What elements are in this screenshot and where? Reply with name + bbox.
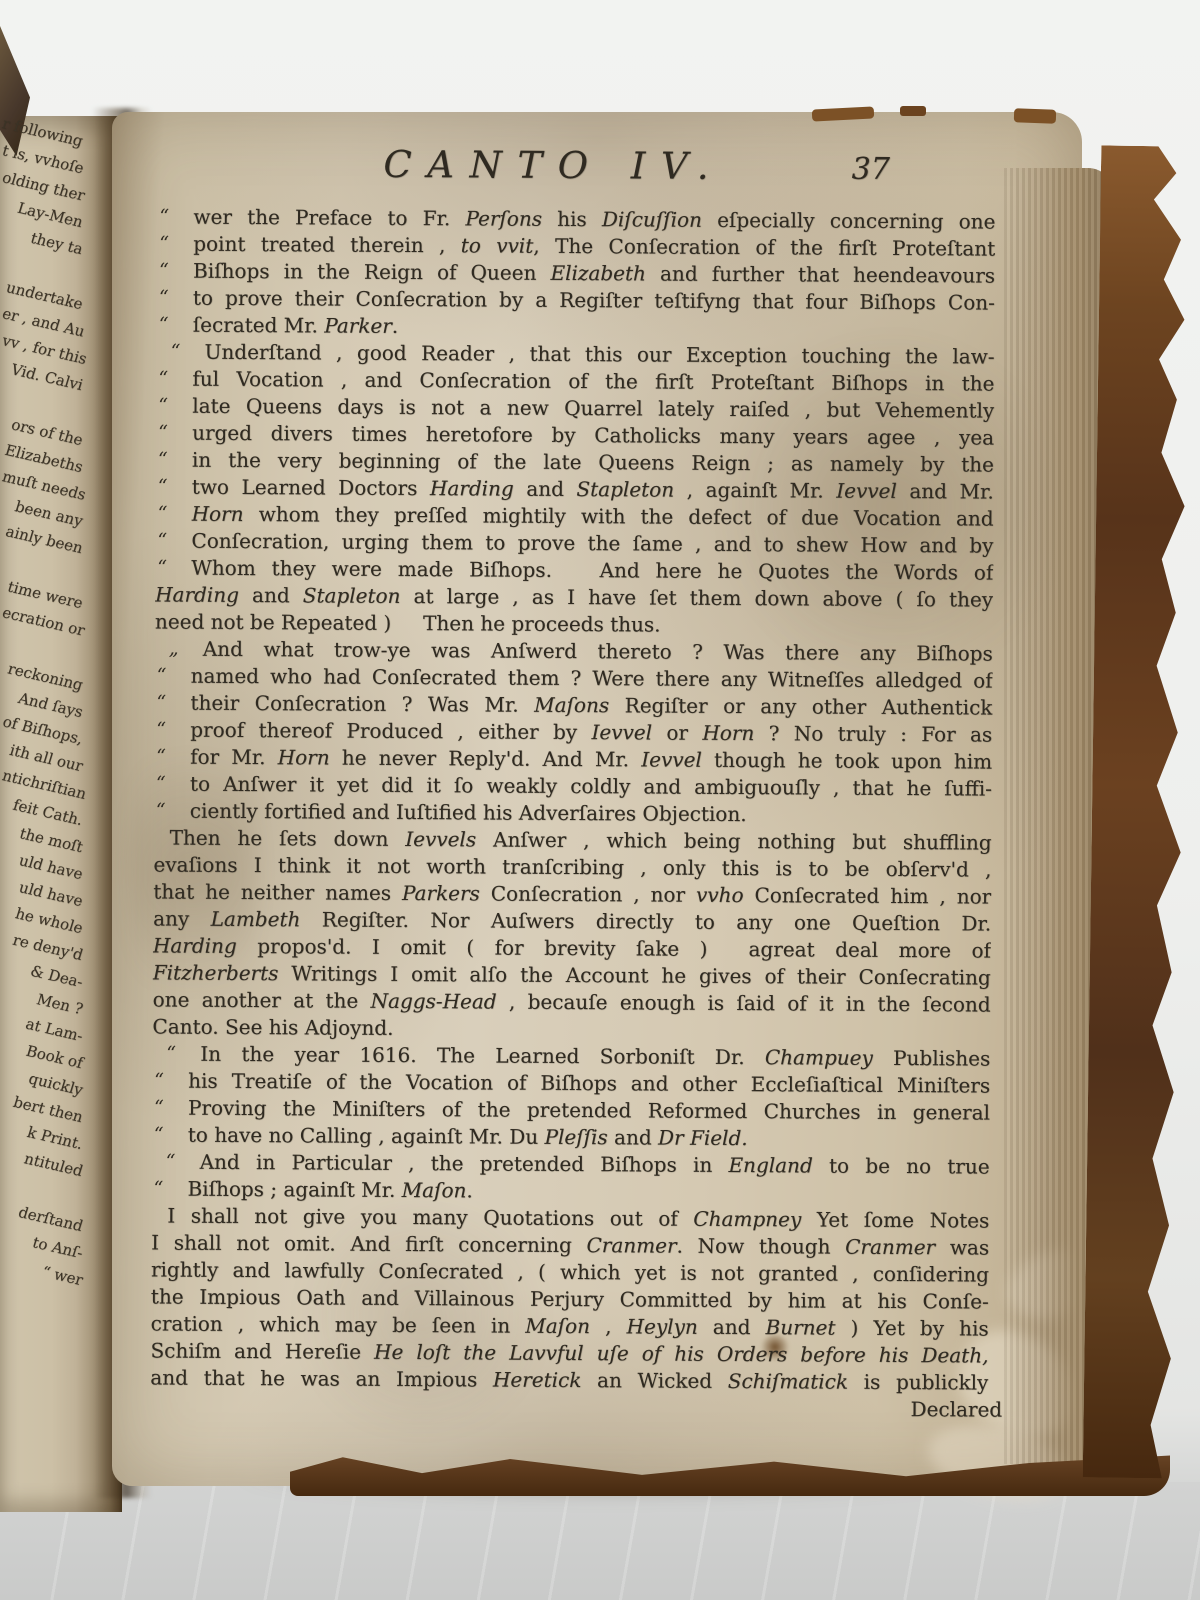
roman-text: , becauſe enough is ſaid of it in the ſe… — [497, 990, 991, 1017]
roman-text: for Mr. — [190, 745, 278, 770]
line-text: to prove their Conſecration by a Regiſte… — [193, 285, 995, 316]
roman-text: Regiſter. Nor Auſwers directly to any on… — [300, 907, 991, 935]
line-text: Canto. See his Adjoynd. — [152, 1013, 990, 1044]
roman-text: , The Conſecration of the firſt Proteſta… — [533, 234, 995, 261]
line-text: And what trow-ye was Anſwerd thereto ? W… — [191, 636, 993, 667]
roman-text: . — [392, 314, 399, 338]
line-text: in the very beginning of the late Queens… — [192, 447, 994, 478]
quotation-mark: “ — [166, 1041, 196, 1067]
line-text: one another at the Naggs-Head , becauſe … — [153, 986, 991, 1017]
book-page: CANTO IV. 37 “wer the Preface to Fr. Per… — [112, 112, 1082, 1486]
quotation-mark: “ — [157, 662, 187, 688]
line-text: wer the Preface to Fr. Perſons his Diſcu… — [193, 204, 995, 235]
line-text: his Treatiſe of the Vocation of Biſhops … — [188, 1068, 990, 1099]
quotation-mark: “ — [158, 419, 188, 445]
roman-text: , againſt Mr. — [674, 478, 836, 503]
text-lines: “wer the Preface to Fr. Perſons his Diſc… — [150, 203, 995, 1423]
roman-text: his — [542, 207, 602, 231]
italic-text: Cranmer — [586, 1233, 676, 1258]
italic-text: Ievvels — [405, 827, 476, 851]
roman-text: ful Vocation , and Conſecration of the f… — [192, 367, 994, 396]
quotation-mark: “ — [156, 743, 186, 769]
roman-text: And what trow-ye was Anſwerd thereto ? W… — [203, 637, 993, 666]
roman-text: . — [466, 1178, 473, 1202]
line-text: cration , which may be ſeen in Maſon , H… — [151, 1310, 989, 1341]
line-text: Harding propos'd. I omit ( for brevity ſ… — [153, 932, 991, 963]
line-text: named who had Conſecrated them ? Were th… — [191, 663, 993, 694]
italic-text: Lambeth — [211, 907, 301, 932]
quotation-mark: “ — [154, 1067, 184, 1093]
roman-text: proof thereof Produced , either by — [190, 718, 591, 744]
italic-text: Naggs-Head — [370, 989, 496, 1014]
catchword-line: Declared — [150, 1391, 988, 1423]
roman-text: urged divers times heretofore by Catholi… — [192, 421, 994, 450]
italic-text: Maſon — [525, 1314, 590, 1338]
roman-text: and — [239, 583, 303, 607]
roman-text: late Queens days is not a new Quarrel la… — [192, 394, 994, 423]
roman-text: Then he ſets down — [170, 826, 406, 851]
line-text: ſecrated Mr. Parker. — [193, 312, 995, 343]
quotation-mark: “ — [158, 392, 188, 418]
italic-text: Schiſmatick — [728, 1369, 848, 1394]
roman-text: that he neither names — [153, 879, 402, 905]
roman-text: Writings I omit alſo the Account he give… — [278, 961, 991, 989]
line-text: Declared — [150, 1391, 1002, 1422]
italic-text: Cranmer — [845, 1235, 935, 1260]
quotation-mark: “ — [156, 716, 186, 742]
line-text: two Learned Doctors Harding and Stapleto… — [192, 474, 994, 505]
roman-text: whom they preſſed mightily with the defe… — [243, 502, 993, 531]
roman-text: and Mr. — [897, 479, 994, 504]
line-text: for Mr. Horn he never Reply'd. And Mr. I… — [190, 744, 992, 775]
roman-text: Biſhops in the Reign of Queen — [193, 259, 551, 285]
italic-text: Harding — [153, 933, 237, 958]
roman-text: and — [698, 1315, 766, 1339]
roman-text: need not be Repeated ) Then he proceeds … — [155, 609, 661, 636]
roman-text: eſpecially concerning one — [702, 208, 996, 234]
quotation-mark: “ — [158, 473, 188, 499]
edge-damage — [1014, 108, 1056, 123]
quotation-mark: “ — [156, 689, 186, 715]
italic-text: Dr Field. — [658, 1126, 748, 1151]
italic-text: Horn — [702, 721, 754, 745]
quotation-mark: “ — [159, 284, 189, 310]
roman-text: Regiſter or any other Authentick — [609, 693, 992, 719]
roman-text: is publickly — [848, 1370, 988, 1395]
roman-text: wer the Preface to Fr. — [193, 205, 465, 231]
page-number: 37 — [852, 152, 890, 187]
quotation-mark: “ — [158, 446, 188, 472]
italic-text: Elizabeth — [550, 261, 646, 286]
italic-text: Maſon — [402, 1178, 467, 1202]
roman-text: Conſecrated him , nor — [743, 883, 991, 909]
roman-text: Whom they were made Biſhops. And here he… — [191, 556, 993, 585]
line-text: proof thereof Produced , either by Ievve… — [190, 717, 992, 748]
italic-text: Ievvel — [641, 747, 702, 771]
page-text-block: CANTO IV. 37 “wer the Preface to Fr. Per… — [150, 133, 996, 1423]
italic-text: Parker — [324, 313, 392, 337]
roman-text: cration , which may be ſeen in — [151, 1311, 526, 1337]
roman-text: I shall not omit. And firſt concerning — [151, 1230, 587, 1257]
line-text: Biſhops in the Reign of Queen Elizabeth … — [193, 258, 995, 289]
italic-text: Harding — [430, 476, 514, 501]
quotation-mark: “ — [159, 203, 189, 229]
italic-text: Fitzherberts — [153, 960, 279, 985]
quotation-mark: “ — [158, 500, 188, 526]
quotation-mark: “ — [159, 311, 189, 337]
italic-text: Heretick — [493, 1368, 582, 1393]
book-photograph: r followingt is, vvhoſeolding therLay-Me… — [0, 0, 1200, 1600]
quotation-mark: “ — [171, 339, 201, 365]
roman-text: his Treatiſe of the Vocation of Biſhops … — [188, 1069, 990, 1098]
roman-text: Yet ſome Notes — [801, 1207, 989, 1232]
line-text: And in Particular , the pretended Biſhop… — [188, 1149, 990, 1180]
roman-text: Canto. See his Adjoynd. — [152, 1014, 393, 1039]
roman-text: to prove their Conſecration by a Regiſte… — [193, 286, 995, 315]
line-text: their Conſecration ? Was Mr. Maſons Regi… — [190, 690, 992, 721]
roman-text: an Wicked — [581, 1368, 728, 1393]
quotation-mark: “ — [156, 797, 186, 823]
roman-text: And in Particular , the pretended Biſhop… — [200, 1150, 729, 1177]
line-text: Schiſm and Hereſie He loſt the Lavvful u… — [150, 1337, 988, 1368]
roman-text: their Conſecration ? Was Mr. — [190, 691, 534, 717]
quotation-mark: “ — [157, 554, 187, 580]
page-title: CANTO IV. — [383, 143, 724, 188]
roman-text: and — [608, 1125, 658, 1149]
line-text: late Queens days is not a new Quarrel la… — [192, 393, 994, 424]
left-page-text-column: r followingt is, vvhoſeolding therLay-Me… — [0, 132, 98, 1298]
quotation-mark: “ — [153, 1175, 183, 1201]
italic-text: Diſcuſſion — [602, 207, 702, 232]
quotation-mark: “ — [154, 1121, 184, 1147]
roman-text: and — [514, 477, 577, 501]
roman-text: though he took upon him — [702, 748, 992, 774]
line-text: point treated therein , to vvit, The Con… — [193, 231, 995, 262]
roman-text: . Now though — [676, 1234, 845, 1259]
roman-text: ciently fortified and Iuſtified his Adve… — [190, 799, 747, 826]
line-text: Proving the Miniſters of the pretended R… — [188, 1095, 990, 1126]
roman-text: in the very beginning of the late Queens… — [192, 448, 994, 477]
italic-text: to vvit — [461, 233, 534, 257]
line-text: I shall not omit. And firſt concerning C… — [151, 1229, 989, 1260]
quotation-mark: „ — [169, 636, 199, 662]
roman-text: ſecrated Mr. — [193, 313, 325, 338]
italic-text: England — [728, 1153, 812, 1178]
line-text: In the year 1616. The Learned Sorboniſt … — [188, 1041, 990, 1072]
roman-text: named who had Conſecrated them ? Were th… — [191, 664, 993, 693]
roman-text: any — [153, 906, 211, 930]
italic-text: vvho — [696, 883, 744, 907]
line-text: and that he was an Impious Heretick an W… — [150, 1364, 988, 1395]
roman-text: and further that heendeavours — [646, 261, 995, 287]
edge-damage — [812, 106, 875, 121]
line-text: Underſtand , good Reader , that this our… — [193, 339, 995, 370]
italic-text: Ievvel — [836, 479, 897, 503]
roman-text: Declared — [910, 1397, 1002, 1422]
italic-text: Maſons — [534, 693, 609, 717]
roman-text: to be no true — [813, 1153, 990, 1178]
line-text: ciently fortified and Iuſtified his Adve… — [190, 798, 992, 829]
leather-cover-edge — [1083, 145, 1194, 1478]
roman-text: one another at the — [153, 987, 371, 1012]
italic-text: Horn — [192, 502, 244, 526]
roman-text: was — [935, 1235, 989, 1259]
roman-text: rightly and lawfully Conſecrated , ( whi… — [151, 1257, 989, 1286]
line-text: Biſhops ; againſt Mr. Maſon. — [187, 1176, 989, 1207]
line-text: I shall not give you many Quotations out… — [151, 1202, 989, 1233]
italic-text: Champuey — [765, 1045, 873, 1070]
roman-text: he never Reply'd. And Mr. — [330, 746, 642, 772]
italic-text: Champney — [693, 1207, 801, 1232]
roman-text: Anſwer , which being nothing but shuffli… — [476, 827, 992, 854]
italic-text: He loſt the Lavvful uſe of his Orders be… — [374, 1340, 989, 1368]
roman-text: Schiſm and Hereſie — [150, 1338, 374, 1363]
italic-text: Stapleton — [576, 477, 674, 502]
roman-text: Conſecration , nor — [480, 881, 696, 906]
line-text: rightly and lawfully Conſecrated , ( whi… — [151, 1256, 989, 1287]
line-text: Horn whom they preſſed mightily with the… — [192, 501, 994, 532]
roman-text: In the year 1616. The Learned Sorboniſt … — [200, 1042, 765, 1069]
line-text: the Impious Oath and Villainous Perjury … — [151, 1283, 989, 1314]
roman-text: , — [590, 1314, 627, 1338]
line-text: ful Vocation , and Conſecration of the f… — [192, 366, 994, 397]
roman-text: Publishes — [873, 1046, 991, 1071]
line-text: Fitzherberts Writings I omit alſo the Ac… — [153, 959, 991, 990]
line-text: Conſecration, urging them to prove the ſ… — [191, 528, 993, 559]
roman-text: at large , as I have ſet them down above… — [400, 584, 993, 612]
line-text: Harding and Stapleton at large , as I ha… — [155, 581, 993, 612]
line-text: that he neither names Parkers Conſecrati… — [153, 878, 991, 909]
roman-text: I shall not give you many Quotations out… — [167, 1204, 693, 1231]
roman-text: propos'd. I omit ( for brevity ſake ) ag… — [237, 934, 991, 963]
roman-text: two Learned Doctors — [192, 475, 430, 500]
italic-text: Harding — [155, 582, 239, 607]
italic-text: Ievvel — [591, 720, 652, 744]
italic-text: Parkers — [402, 881, 480, 905]
quotation-mark: “ — [166, 1149, 196, 1175]
italic-text: Pleſſis — [544, 1125, 607, 1149]
line-text: need not be Repeated ) Then he proceeds … — [155, 608, 993, 639]
roman-text: Proving the Miniſters of the pretended R… — [188, 1096, 990, 1125]
italic-text: Horn — [278, 745, 330, 769]
roman-text: point treated therein , — [193, 232, 461, 258]
roman-text: the Impious Oath and Villainous Perjury … — [151, 1284, 989, 1313]
italic-text: Stapleton — [303, 583, 401, 608]
roman-text: to Anſwer it yet did it ſo weakly coldly… — [190, 772, 992, 801]
quotation-mark: “ — [159, 257, 189, 283]
italic-text: Heylyn — [627, 1314, 698, 1338]
roman-text: to have no Calling , againſt Mr. Du — [188, 1123, 545, 1149]
roman-text: ) Yet by his — [835, 1316, 988, 1341]
quotation-mark: “ — [157, 527, 187, 553]
quotation-mark: “ — [154, 1094, 184, 1120]
italic-text: Perſons — [465, 206, 542, 230]
roman-text: Biſhops ; againſt Mr. — [187, 1177, 401, 1202]
line-text: to Anſwer it yet did it ſo weakly coldly… — [190, 771, 992, 802]
roman-text: evaſions I think it not worth tranſcribi… — [153, 852, 991, 881]
quotation-mark: “ — [159, 230, 189, 256]
line-text: urged divers times heretofore by Catholi… — [192, 420, 994, 451]
line-text: evaſions I think it not worth tranſcribi… — [153, 851, 991, 882]
roman-text: Underſtand , good Reader , that this our… — [205, 340, 995, 369]
roman-text: Conſecration, urging them to prove the ſ… — [191, 529, 993, 558]
quotation-mark: “ — [156, 770, 186, 796]
page-header: CANTO IV. 37 — [158, 133, 996, 198]
line-text: Whom they were made Biſhops. And here he… — [191, 555, 993, 586]
italic-text: Burnet — [765, 1315, 835, 1339]
line-text: any Lambeth Regiſter. Nor Auſwers direct… — [153, 905, 991, 936]
roman-text: ? No truly : For as — [754, 721, 992, 746]
roman-text: or — [652, 720, 702, 744]
quotation-mark: “ — [158, 365, 188, 391]
edge-damage — [900, 106, 926, 116]
line-text: to have no Calling , againſt Mr. Du Pleſ… — [188, 1122, 990, 1153]
line-text: Then he ſets down Ievvels Anſwer , which… — [154, 824, 992, 855]
roman-text: and that he was an Impious — [150, 1365, 493, 1391]
